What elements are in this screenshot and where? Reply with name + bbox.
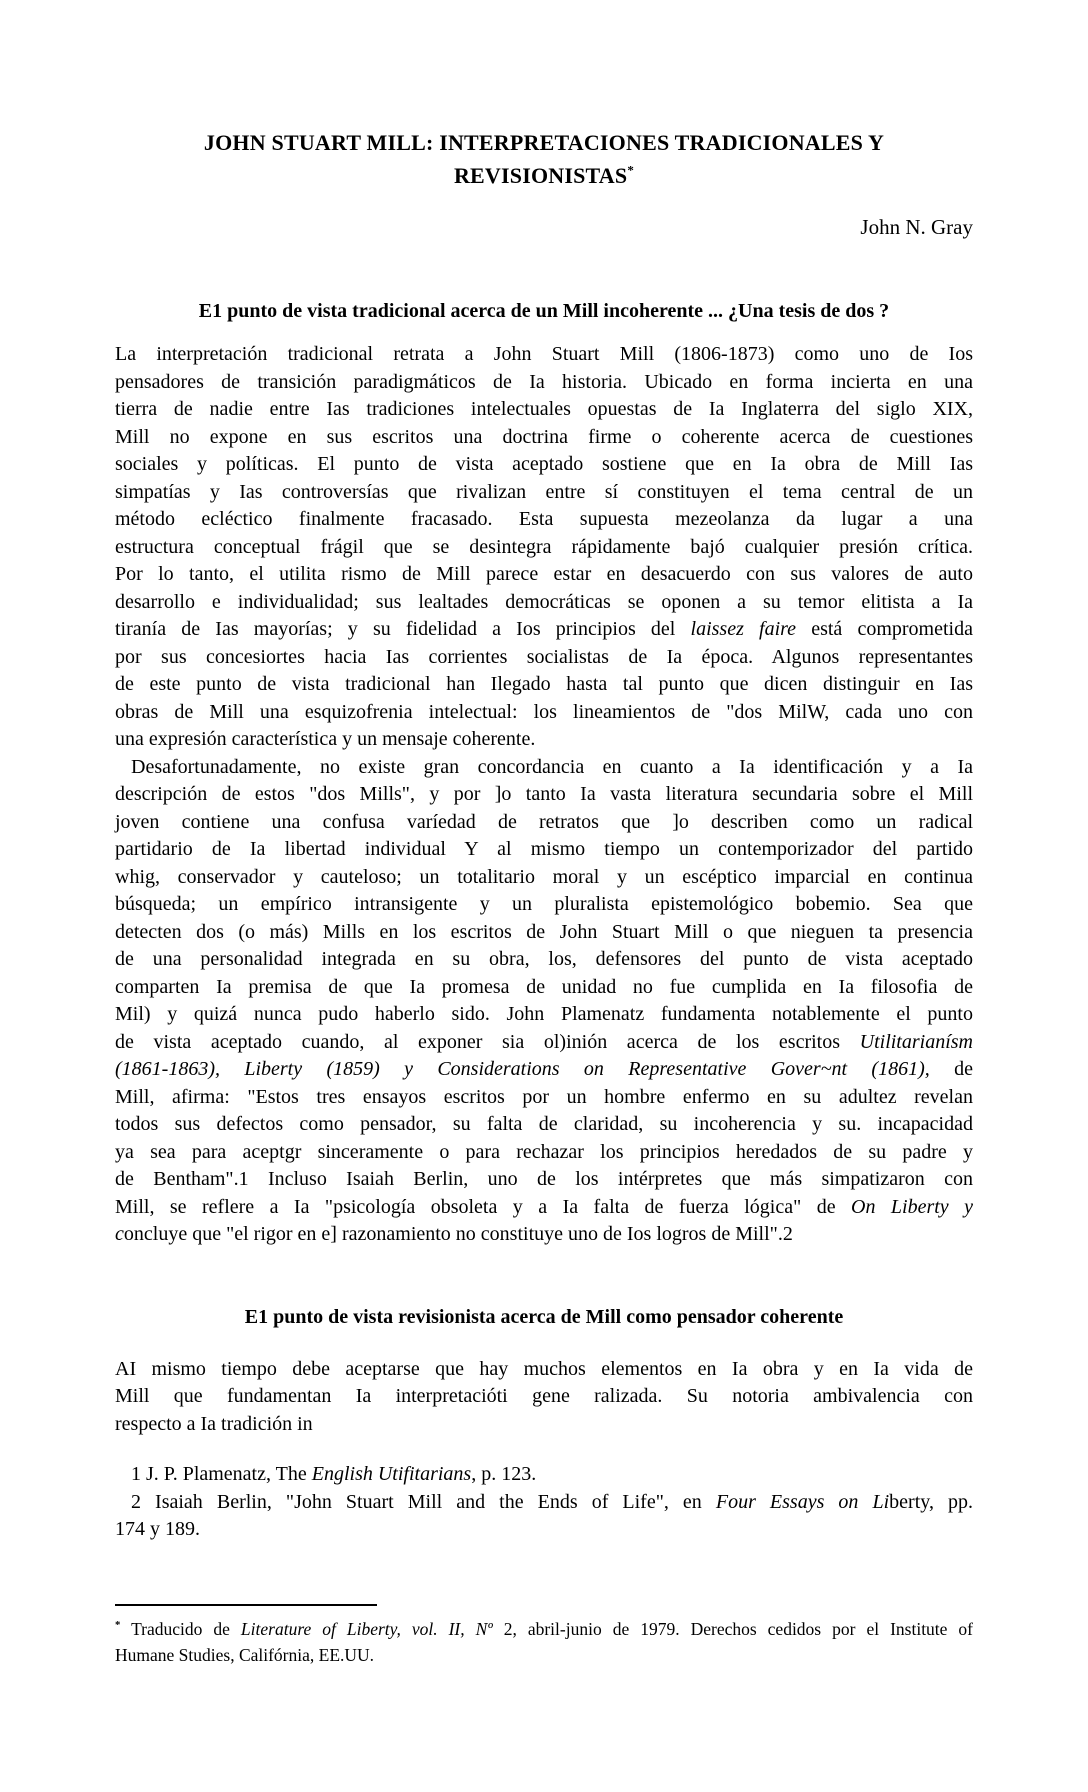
document-title: JOHN STUART MILL: INTERPRETACIONES TRADI…	[115, 126, 973, 192]
text-line: concluye que "el rigor en e] razonamient…	[115, 1221, 973, 1249]
paragraph: Desafortunadamente, no existe gran conco…	[115, 754, 973, 1249]
text-run: whig, conservador y cauteloso; un totali…	[115, 866, 973, 888]
text-run: detecten dos (o más) Mills en los escrit…	[115, 921, 973, 943]
text-run: respecto a Ia tradición in	[115, 1413, 313, 1435]
author-byline: John N. Gray	[115, 214, 973, 241]
text-line: Por lo tanto, el utilita rismo de Mill p…	[115, 561, 973, 589]
text-line: 174 y 189.	[115, 1516, 973, 1544]
footnote-divider	[115, 1604, 377, 1606]
text-line: de una personalidad integrada en su obra…	[115, 946, 973, 974]
text-run: 1 J. P. Plamenatz, The	[131, 1463, 312, 1485]
text-run: ya sea para aceptgr sinceramente o para …	[115, 1141, 973, 1163]
text-run: English Utifitarians	[312, 1463, 471, 1485]
text-run: laissez faire	[691, 618, 797, 640]
text-line: por sus concesiortes hacia Ias corriente…	[115, 644, 973, 672]
text-run: sociales y políticas. El punto de vista …	[115, 453, 973, 475]
text-run: obras de Mill una esquizofrenia intelect…	[115, 701, 973, 723]
text-run: oncluye que "el rigor en e] razonamiento…	[124, 1223, 793, 1245]
text-line: método ecléctico finalmente fracasado. E…	[115, 506, 973, 534]
text-run: Literature of Liberty, vol. II, Nº	[241, 1619, 493, 1639]
text-run: berty, pp.	[889, 1491, 973, 1513]
text-line: sociales y políticas. El punto de vista …	[115, 451, 973, 479]
text-line: respecto a Ia tradición in	[115, 1411, 973, 1439]
title-text: JOHN STUART MILL: INTERPRETACIONES TRADI…	[204, 130, 884, 188]
text-line: descripción de estos "dos Mills", y por …	[115, 781, 973, 809]
text-run: Humane Studies, Califórnia, EE.UU.	[115, 1645, 374, 1665]
text-line: * Traducido de Literature of Liberty, vo…	[115, 1616, 973, 1642]
text-run: c	[115, 1223, 124, 1245]
text-line: Mill, se reflere a Ia "psicología obsole…	[115, 1194, 973, 1222]
text-line: 2 Isaiah Berlin, "John Stuart Mill and t…	[115, 1489, 973, 1517]
text-line: tiranía de Ias mayorías; y su fidelidad …	[115, 616, 973, 644]
text-run: Desafortunadamente, no existe gran conco…	[131, 756, 973, 778]
text-run: de este punto de vista tradicional han I…	[115, 673, 973, 695]
text-run: Utilitarianísm	[860, 1031, 973, 1053]
sections: E1 punto de vista tradicional acerca de …	[115, 298, 973, 1438]
text-line: estructura conceptual frágil que se desi…	[115, 534, 973, 562]
text-run: , p. 123.	[471, 1463, 536, 1485]
paragraph: AI mismo tiempo debe aceptarse que hay m…	[115, 1356, 973, 1439]
text-run: partidario de Ia libertad individual Y a…	[115, 838, 973, 860]
text-line: pensadores de transición paradigmáticos …	[115, 369, 973, 397]
text-line: una expresión característica y un mensaj…	[115, 726, 973, 754]
text-run: desarrollo e individualidad; sus lealtad…	[115, 591, 973, 613]
text-run: método ecléctico finalmente fracasado. E…	[115, 508, 973, 530]
section-heading: E1 punto de vista tradicional acerca de …	[115, 298, 973, 325]
text-run: de vista aceptado cuando, al exponer sia…	[115, 1031, 860, 1053]
text-line: simpatías y Ias controversías que rivali…	[115, 479, 973, 507]
text-run: descripción de estos "dos Mills", y por …	[115, 783, 973, 805]
text-line: búsqueda; un empírico intransigente y un…	[115, 891, 973, 919]
text-line: desarrollo e individualidad; sus lealtad…	[115, 589, 973, 617]
text-run: una expresión característica y un mensaj…	[115, 728, 535, 750]
text-run: de	[930, 1058, 973, 1080]
footnote-text: * Traducido de Literature of Liberty, vo…	[115, 1616, 973, 1668]
text-run: de una personalidad integrada en su obra…	[115, 948, 973, 970]
document-page: JOHN STUART MILL: INTERPRETACIONES TRADI…	[0, 0, 1088, 1792]
text-line: detecten dos (o más) Mills en los escrit…	[115, 919, 973, 947]
text-run: estructura conceptual frágil que se desi…	[115, 536, 973, 558]
text-run: comparten Ia premisa de que Ia promesa d…	[115, 976, 973, 998]
text-line: Humane Studies, Califórnia, EE.UU.	[115, 1642, 973, 1668]
text-run: tiranía de Ias mayorías; y su fidelidad …	[115, 618, 691, 640]
text-run: Por lo tanto, el utilita rismo de Mill p…	[115, 563, 973, 585]
text-run: Mill no expone en sus escritos una doctr…	[115, 426, 973, 448]
text-line: 1 J. P. Plamenatz, The English Utifitari…	[115, 1461, 973, 1489]
text-run: Mill, afirma: "Estos tres ensayos escrit…	[115, 1086, 973, 1108]
text-run: joven contiene una confusa varíedad de r…	[115, 811, 973, 833]
text-line: de este punto de vista tradicional han I…	[115, 671, 973, 699]
text-run: La interpretación tradicional retrata a …	[115, 343, 973, 365]
text-run: 2 Isaiah Berlin, "John Stuart Mill and t…	[131, 1491, 716, 1513]
text-line: La interpretación tradicional retrata a …	[115, 341, 973, 369]
text-run: Mil) y quizá nunca pudo haberlo sido. Jo…	[115, 1003, 973, 1025]
text-run: On Liberty y	[851, 1196, 973, 1218]
section-heading: E1 punto de vista revisionista acerca de…	[115, 1304, 973, 1331]
text-run: está comprometida	[796, 618, 973, 640]
text-line: tierra de nadie entre Ias tradiciones in…	[115, 396, 973, 424]
text-run: pensadores de transición paradigmáticos …	[115, 371, 973, 393]
text-line: (1861-1863), Liberty (1859) y Considerat…	[115, 1056, 973, 1084]
text-line: joven contiene una confusa varíedad de r…	[115, 809, 973, 837]
text-line: Desafortunadamente, no existe gran conco…	[115, 754, 973, 782]
title-footnote-marker: *	[627, 163, 634, 178]
text-run: Mill que fundamentan Ia interpretacióti …	[115, 1385, 973, 1407]
text-line: Mill, afirma: "Estos tres ensayos escrit…	[115, 1084, 973, 1112]
text-run: 2, abril-junio de 1979. Derechos cedidos…	[493, 1619, 973, 1639]
text-line: Mill no expone en sus escritos una doctr…	[115, 424, 973, 452]
text-run: AI mismo tiempo debe aceptarse que hay m…	[115, 1358, 973, 1380]
text-run: Mill, se reflere a Ia "psicología obsole…	[115, 1196, 851, 1218]
text-line: Mill que fundamentan Ia interpretacióti …	[115, 1383, 973, 1411]
text-line: partidario de Ia libertad individual Y a…	[115, 836, 973, 864]
text-run: Four Essays on Li	[716, 1491, 889, 1513]
text-line: obras de Mill una esquizofrenia intelect…	[115, 699, 973, 727]
text-run: de Bentham".1 Incluso Isaiah Berlin, uno…	[115, 1168, 973, 1190]
text-run: todos sus defectos como pensador, su fal…	[115, 1113, 973, 1135]
text-line: whig, conservador y cauteloso; un totali…	[115, 864, 973, 892]
text-run: Traducido de	[120, 1619, 241, 1639]
text-line: ya sea para aceptgr sinceramente o para …	[115, 1139, 973, 1167]
text-run: 174 y 189.	[115, 1518, 200, 1540]
text-line: de vista aceptado cuando, al exponer sia…	[115, 1029, 973, 1057]
text-line: comparten Ia premisa de que Ia promesa d…	[115, 974, 973, 1002]
text-line: de Bentham".1 Incluso Isaiah Berlin, uno…	[115, 1166, 973, 1194]
text-run: tierra de nadie entre Ias tradiciones in…	[115, 398, 973, 420]
document-section: E1 punto de vista tradicional acerca de …	[115, 298, 973, 1249]
paragraph: La interpretación tradicional retrata a …	[115, 341, 973, 754]
document-section: E1 punto de vista revisionista acerca de…	[115, 1304, 973, 1439]
text-line: Mil) y quizá nunca pudo haberlo sido. Jo…	[115, 1001, 973, 1029]
text-run: simpatías y Ias controversías que rivali…	[115, 481, 973, 503]
text-run: por sus concesiortes hacia Ias corriente…	[115, 646, 973, 668]
text-line: todos sus defectos como pensador, su fal…	[115, 1111, 973, 1139]
text-run: búsqueda; un empírico intransigente y un…	[115, 893, 973, 915]
text-run: (1861-1863), Liberty (1859) y Considerat…	[115, 1058, 930, 1080]
footnote-references: 1 J. P. Plamenatz, The English Utifitari…	[115, 1461, 973, 1544]
text-line: AI mismo tiempo debe aceptarse que hay m…	[115, 1356, 973, 1384]
